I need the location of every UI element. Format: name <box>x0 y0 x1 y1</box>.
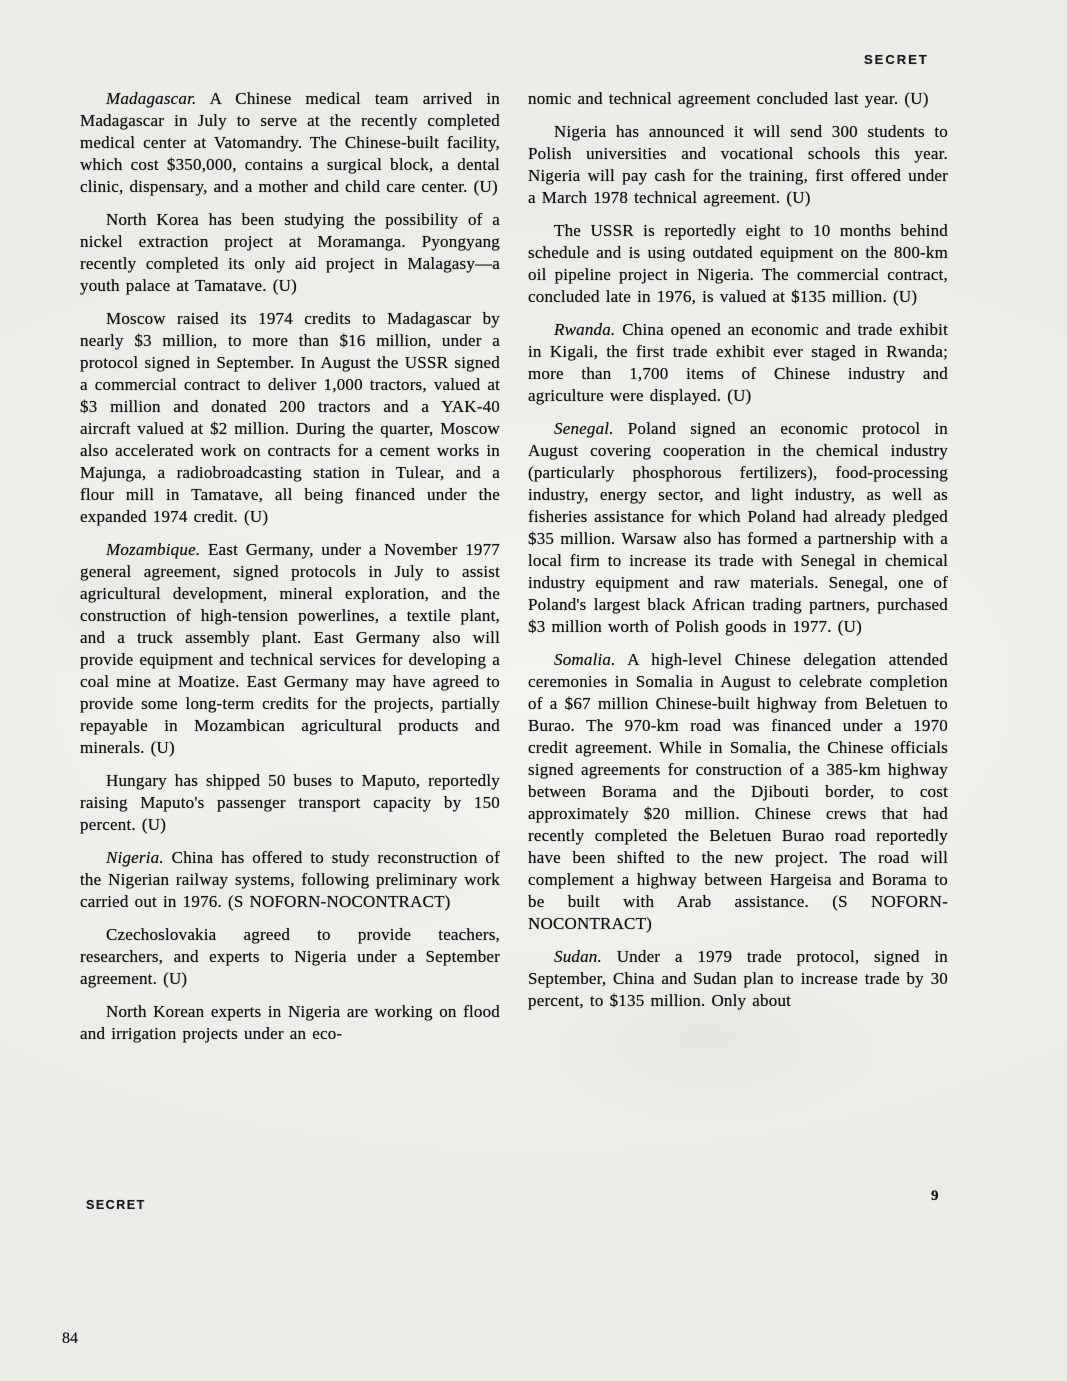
para-sudan: Sudan. Under a 1979 trade protocol, sign… <box>528 946 948 1012</box>
country-lead-somalia: Somalia. <box>554 650 616 669</box>
two-column-text-body: Madagascar. A Chinese medical team arriv… <box>80 88 948 1056</box>
para-text: East Germany, under a November 1977 gene… <box>80 540 500 757</box>
left-column: Madagascar. A Chinese medical team arriv… <box>80 88 500 1056</box>
country-lead-sudan: Sudan. <box>554 947 602 966</box>
para-mozambique: Mozambique. East Germany, under a Novemb… <box>80 539 500 759</box>
para-text: North Korea has been studying the possib… <box>80 210 500 295</box>
para-nigeria-railway: Nigeria. China has offered to study reco… <box>80 847 500 913</box>
para-text: Poland signed an economic protocol in Au… <box>528 419 948 636</box>
para-continuation-agreement: nomic and technical agreement concluded … <box>528 88 948 110</box>
para-text: Moscow raised its 1974 credits to Madaga… <box>80 309 500 526</box>
country-lead-mozambique: Mozambique. <box>106 540 200 559</box>
para-north-korean-experts: North Korean experts in Nigeria are work… <box>80 1001 500 1045</box>
para-text: Hungary has shipped 50 buses to Maputo, … <box>80 771 500 834</box>
para-moscow-credits: Moscow raised its 1974 credits to Madaga… <box>80 308 500 528</box>
country-lead-senegal: Senegal. <box>554 419 614 438</box>
para-ussr-pipeline: The USSR is reportedly eight to 10 month… <box>528 220 948 308</box>
para-text: nomic and technical agreement concluded … <box>528 89 929 108</box>
para-text: A high-level Chinese delegation attended… <box>528 650 948 933</box>
para-czechoslovakia-teachers: Czechoslovakia agreed to provide teacher… <box>80 924 500 990</box>
para-madagascar: Madagascar. A Chinese medical team arriv… <box>80 88 500 198</box>
page-number-inner: 9 <box>931 1188 939 1205</box>
footer-classification-marking: SECRET <box>86 1198 146 1212</box>
para-nigeria-students: Nigeria has announced it will send 300 s… <box>528 121 948 209</box>
para-north-korea-nickel: North Korea has been studying the possib… <box>80 209 500 297</box>
right-column: nomic and technical agreement concluded … <box>528 88 948 1056</box>
country-lead-rwanda: Rwanda. <box>554 320 615 339</box>
header-classification-marking: SECRET <box>864 52 929 67</box>
para-text: The USSR is reportedly eight to 10 month… <box>528 221 948 306</box>
country-lead-madagascar: Madagascar. <box>106 89 197 108</box>
para-text: Czechoslovakia agreed to provide teacher… <box>80 925 500 988</box>
para-text: Nigeria has announced it will send 300 s… <box>528 122 948 207</box>
para-rwanda: Rwanda. China opened an economic and tra… <box>528 319 948 407</box>
para-hungary-buses: Hungary has shipped 50 buses to Maputo, … <box>80 770 500 836</box>
country-lead-nigeria: Nigeria. <box>106 848 164 867</box>
para-senegal: Senegal. Poland signed an economic proto… <box>528 418 948 638</box>
page-number-outer: 84 <box>62 1330 78 1348</box>
para-somalia: Somalia. A high-level Chinese delegation… <box>528 649 948 935</box>
para-text: North Korean experts in Nigeria are work… <box>80 1002 500 1043</box>
